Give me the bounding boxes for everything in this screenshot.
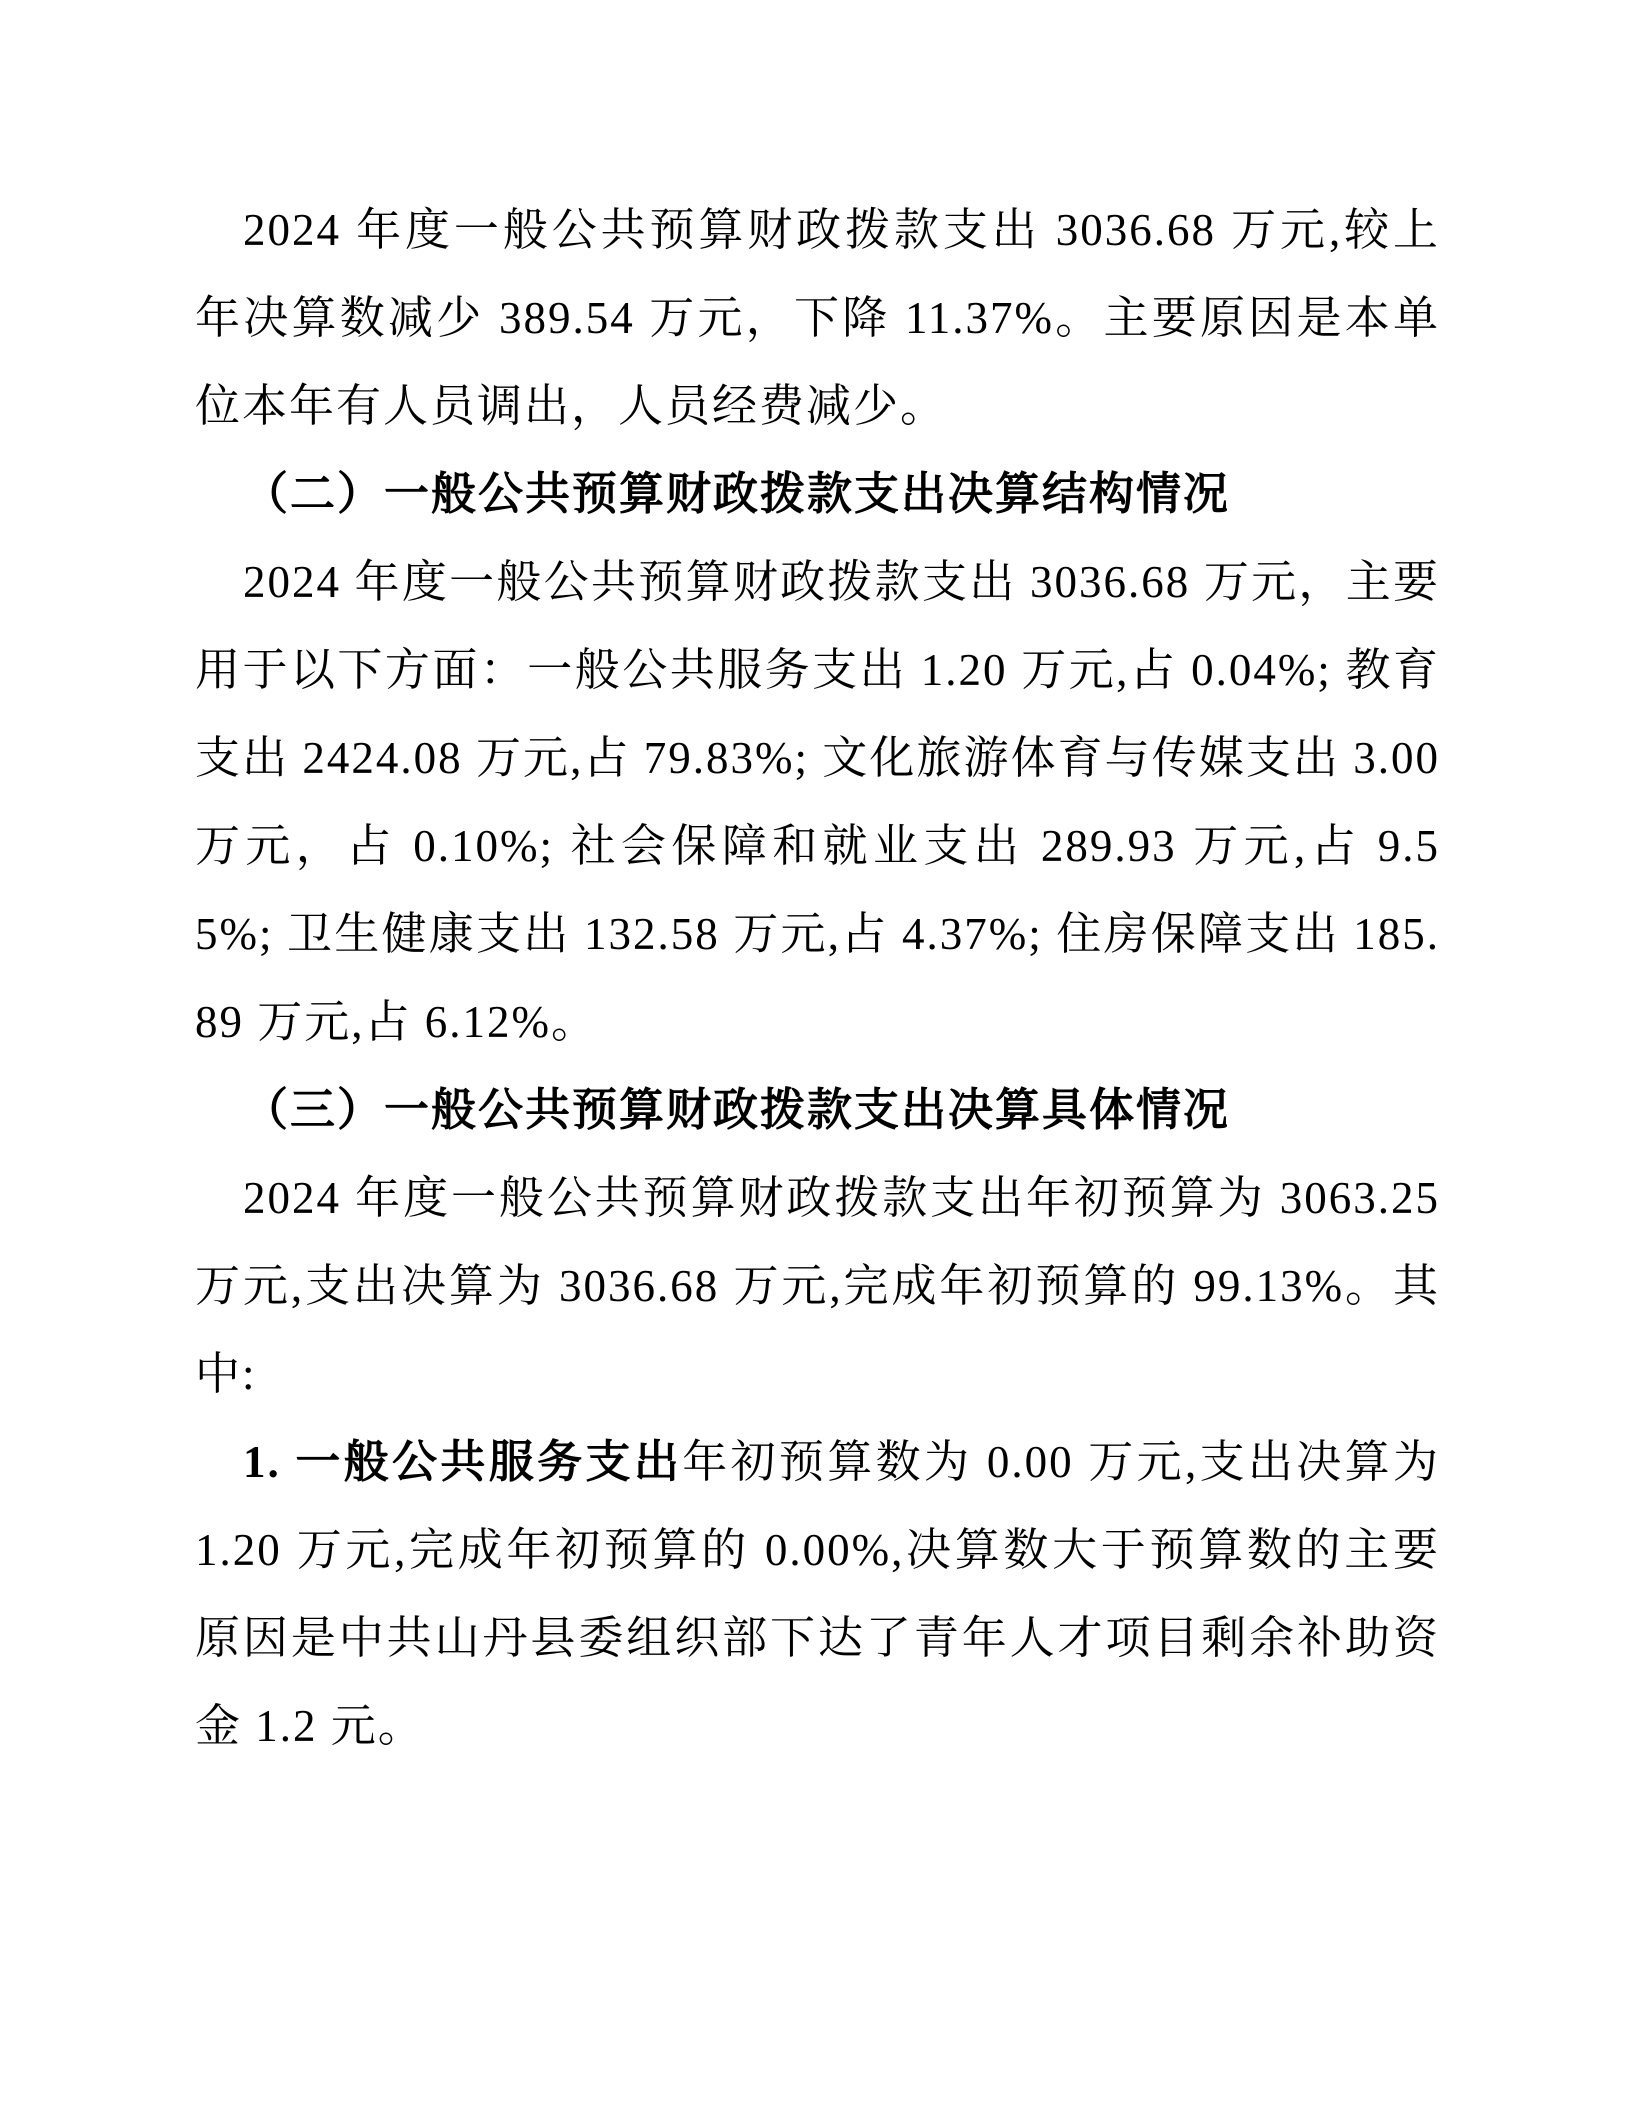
document-content: 2024 年度一般公共预算财政拨款支出 3036.68 万元,较上年决算数减少 … bbox=[195, 186, 1440, 1770]
document-page: 2024 年度一般公共预算财政拨款支出 3036.68 万元,较上年决算数减少 … bbox=[0, 0, 1632, 2112]
item-1-lead: 1. 一般公共服务支出 bbox=[243, 1437, 682, 1487]
paragraph-item-1-general-public-services: 1. 一般公共服务支出年初预算数为 0.00 万元,支出决算为 1.20 万元,… bbox=[195, 1418, 1440, 1770]
paragraph-expenditure-structure-breakdown: 2024 年度一般公共预算财政拨款支出 3036.68 万元，主要用于以下方面：… bbox=[195, 538, 1440, 1066]
heading-section-three-expenditure-details: （三）一般公共预算财政拨款支出决算具体情况 bbox=[195, 1066, 1440, 1154]
heading-section-two-expenditure-structure: （二）一般公共预算财政拨款支出决算结构情况 bbox=[195, 450, 1440, 538]
paragraph-budget-completion: 2024 年度一般公共预算财政拨款支出年初预算为 3063.25 万元,支出决算… bbox=[195, 1154, 1440, 1418]
paragraph-fiscal-expenditure-decrease: 2024 年度一般公共预算财政拨款支出 3036.68 万元,较上年决算数减少 … bbox=[195, 186, 1440, 450]
